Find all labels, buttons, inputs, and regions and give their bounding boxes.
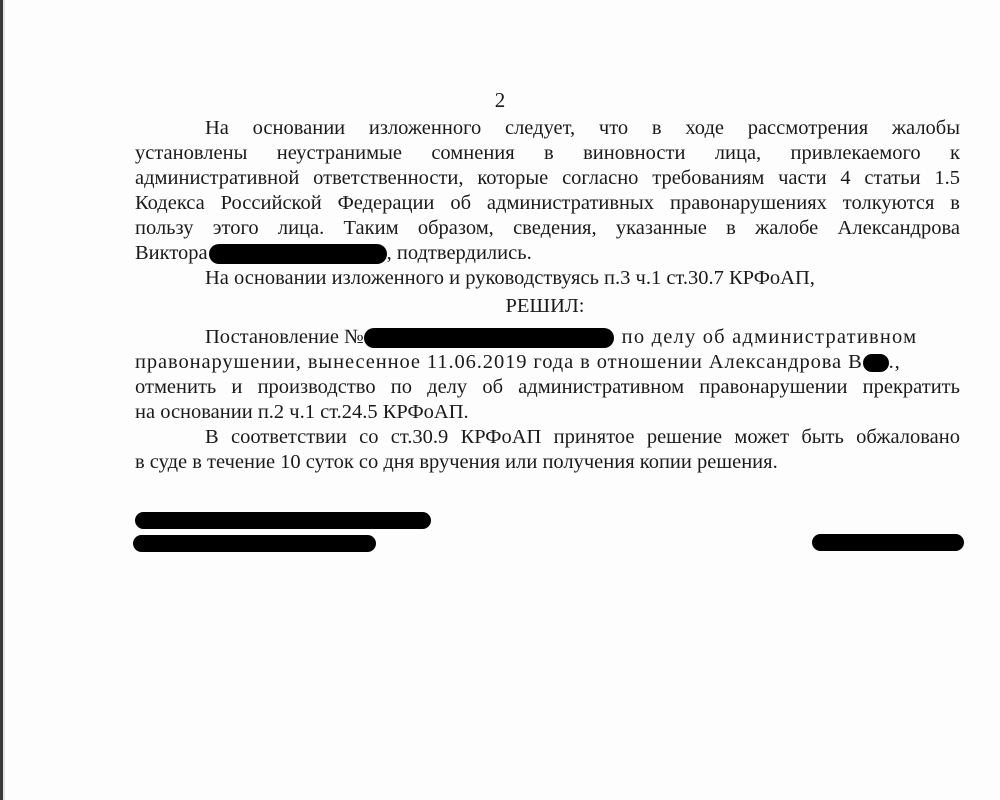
paragraph-2: На основании изложенного и руководствуяс… [205,266,960,290]
redacted-signatory-name [812,534,964,551]
redacted-initials [863,354,889,372]
issued-text: правонарушении, вынесенное 11.06.2019 го… [135,351,863,373]
page-number: 2 [0,88,1000,112]
paragraph-1-line-6: Виктора, подтвердились. [135,241,960,265]
paragraph-3-line-2: правонарушении, вынесенное 11.06.2019 го… [135,350,960,374]
paragraph-3-line-3: отменить и производство по делу об админ… [135,375,960,399]
paragraph-3-line-4: на основании п.2 ч.1 ст.24.5 КРФоАП. [135,400,960,424]
resolution-label: Постановление № [205,326,364,348]
redacted-resolution-number [364,328,614,348]
document-page: 2 На основании изложенного следует, что … [0,0,1000,800]
confirmed-text: , подтвердились. [387,242,532,264]
paragraph-1-line-1: На основании изложенного следует, что в … [205,116,960,140]
paragraph-1-line-5: пользу этого лица. Таким образом, сведен… [135,216,960,240]
paragraph-4-line-1: В соответствии со ст.30.9 КРФоАП принято… [205,425,960,449]
case-text: по делу об административном [622,326,918,348]
redacted-signatory-position-line-1 [135,512,431,529]
redacted-patronymic [209,244,387,264]
decision-heading: РЕШИЛ: [0,294,1000,318]
paragraph-3-line-1: Постановление №по делу об административн… [205,325,960,349]
paragraph-1-line-3: административной ответственности, которы… [135,166,960,190]
paragraph-1-line-4: Кодекса Российской Федерации об админист… [135,191,960,215]
redacted-signatory-position-line-2 [133,535,376,552]
paragraph-4-line-2: в суде в течение 10 суток со дня вручени… [135,450,960,474]
name-prefix: Виктора [135,242,208,264]
paragraph-1-line-2: установлены неустранимые сомнения в вино… [135,141,960,165]
